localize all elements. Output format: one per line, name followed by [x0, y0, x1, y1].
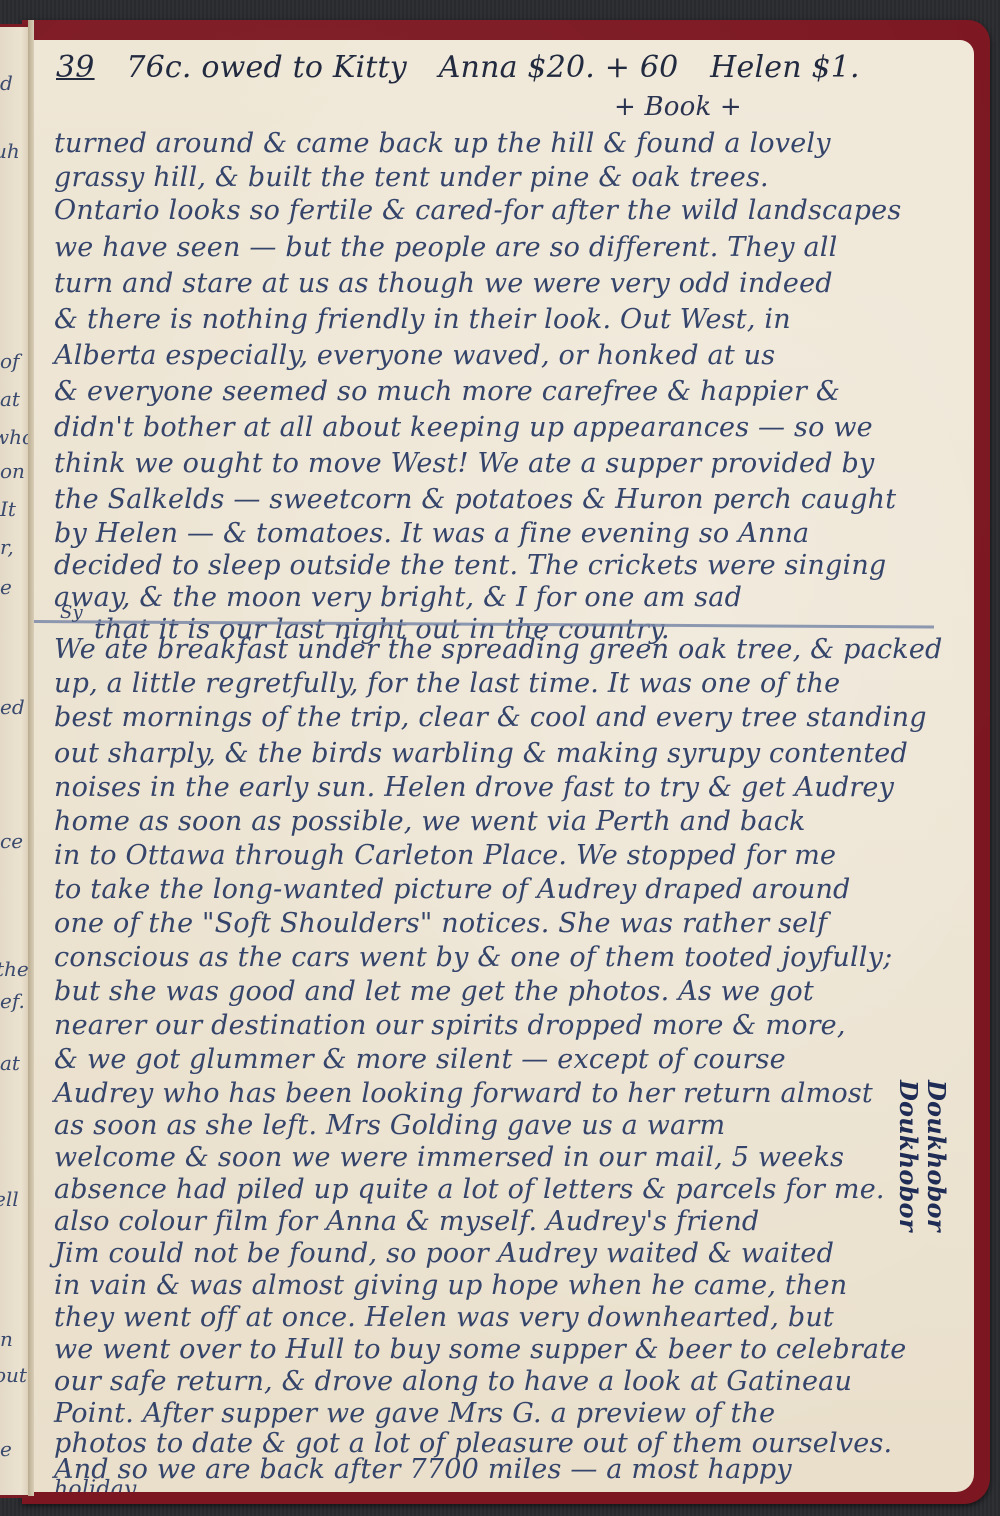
- text-line: decided to sleep outside the tent. The c…: [54, 548, 886, 584]
- page-header: 39 76c. owed to Kitty Anna $20. + 60 Hel…: [56, 50, 882, 85]
- text-line: Audrey who has been looking forward to h…: [54, 1076, 873, 1112]
- text-line: We ate breakfast under the spreading gre…: [54, 632, 943, 668]
- left-fragment: ell: [0, 1187, 19, 1211]
- text-line: welcome & soon we were immersed in our m…: [54, 1140, 844, 1176]
- left-fragment: of: [0, 349, 19, 373]
- text-line: best mornings of the trip, clear & cool …: [54, 700, 927, 736]
- text-line: Ontario looks so fertile & cared-for aft…: [54, 193, 901, 229]
- previous-page-edge: d uh of at who on It r, e ed ce the ef. …: [0, 24, 30, 1498]
- text-line: but she was good and let me get the phot…: [54, 974, 814, 1010]
- header-subnote: + Book +: [614, 92, 742, 122]
- text-line: in vain & was almost giving up hope when…: [54, 1268, 847, 1304]
- text-line: Jim could not be found, so poor Audrey w…: [54, 1236, 834, 1272]
- text-line: to take the long-wanted picture of Audre…: [54, 872, 851, 908]
- left-fragment: on: [0, 459, 25, 483]
- left-fragment: the: [0, 957, 29, 981]
- text-line: they went off at once. Helen was very do…: [54, 1300, 834, 1336]
- left-fragment: e: [0, 1437, 12, 1461]
- text-line: also colour film for Anna & myself. Audr…: [54, 1204, 759, 1240]
- text-line: out sharply, & the birds warbling & maki…: [54, 736, 908, 772]
- text-line: our safe return, & drove along to have a…: [54, 1364, 852, 1400]
- left-fragment: e: [0, 575, 12, 599]
- left-fragment: ce: [0, 829, 23, 853]
- text-line: away, & the moon very bright, & I for on…: [54, 580, 742, 616]
- margin-note-vertical: Doukhobor Doukhobor: [894, 1080, 950, 1232]
- text-line: absence had piled up quite a lot of lett…: [54, 1172, 885, 1208]
- left-fragment: ef.: [0, 989, 25, 1013]
- header-note: Helen $1.: [710, 50, 860, 85]
- text-line: by Helen — & tomatoes. It was a fine eve…: [54, 516, 809, 552]
- left-fragment: who: [0, 425, 30, 449]
- margin-note-line: Doukhobor: [922, 1080, 950, 1232]
- diary-page: 39 76c. owed to Kitty Anna $20. + 60 Hel…: [34, 40, 974, 1492]
- left-fragment: out: [0, 1363, 27, 1387]
- left-fragment: at: [0, 387, 20, 411]
- header-note: Anna $20. + 60: [439, 50, 679, 85]
- page-number: 39: [56, 50, 95, 85]
- text-line: home as soon as possible, we went via Pe…: [54, 804, 806, 840]
- text-line: & everyone seemed so much more carefree …: [54, 374, 840, 410]
- header-note: 76c. owed to Kitty: [126, 50, 407, 85]
- text-line: & there is nothing friendly in their loo…: [54, 302, 791, 338]
- text-line: as soon as she left. Mrs Golding gave us…: [54, 1108, 725, 1144]
- text-line: grassy hill, & built the tent under pine…: [54, 160, 769, 196]
- text-line: turn and stare at us as though we were v…: [54, 266, 833, 302]
- divider-mark: Sy: [60, 602, 83, 623]
- left-fragment: r,: [0, 535, 14, 559]
- text-line: in to Ottawa through Carleton Place. We …: [54, 838, 836, 874]
- text-line: And so we are back after 7700 miles — a …: [54, 1452, 792, 1488]
- text-line: conscious as the cars went by & one of t…: [54, 940, 892, 976]
- left-fragment: uh: [0, 139, 20, 163]
- left-fragment: d: [0, 71, 13, 95]
- left-fragment: ed: [0, 695, 25, 719]
- text-line: Alberta especially, everyone waved, or h…: [54, 338, 775, 374]
- text-line: didn't bother at all about keeping up ap…: [54, 410, 873, 446]
- left-fragment: n: [0, 1327, 13, 1351]
- text-line: we have seen — but the people are so dif…: [54, 230, 837, 266]
- text-line: think we ought to move West! We ate a su…: [54, 446, 874, 482]
- margin-note-line: Doukhobor: [894, 1080, 922, 1232]
- text-line: & we got glummer & more silent — except …: [54, 1042, 786, 1078]
- scan-background: d uh of at who on It r, e ed ce the ef. …: [0, 0, 1000, 1516]
- left-fragment: at: [0, 1051, 20, 1075]
- left-fragment: It: [0, 497, 16, 521]
- text-line: holiday: [54, 1472, 137, 1492]
- text-line: noises in the early sun. Helen drove fas…: [54, 770, 894, 806]
- text-line: the Salkelds — sweetcorn & potatoes & Hu…: [54, 482, 896, 518]
- text-line: nearer our destination our spirits dropp…: [54, 1008, 846, 1044]
- text-line: turned around & came back up the hill & …: [54, 126, 831, 162]
- text-line: we went over to Hull to buy some supper …: [54, 1332, 906, 1368]
- text-line: up, a little regretfully, for the last t…: [54, 666, 840, 702]
- text-line: one of the "Soft Shoulders" notices. She…: [54, 906, 827, 942]
